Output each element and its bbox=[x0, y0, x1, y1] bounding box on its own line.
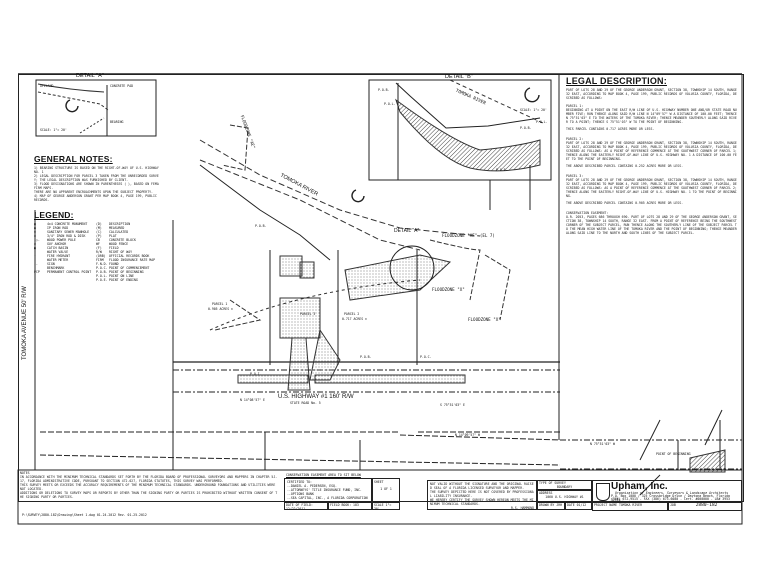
general-notes-title: GENERAL NOTES: bbox=[34, 154, 113, 164]
address-cell: ADDRESS 1060 U.S. HIGHWAY #1 bbox=[537, 490, 592, 502]
notes-line: IN ACCORDANCE WITH THE MINIMUM TECHNICAL… bbox=[20, 475, 278, 483]
parcel-label: PARCEL 1 bbox=[212, 302, 227, 306]
project-name-label: PROJECT NAME bbox=[594, 503, 617, 507]
signer-name: R.S. HAMMOND bbox=[430, 506, 534, 510]
general-note: 1) BEARING STRUCTURE IS BASED ON THE RIG… bbox=[34, 166, 159, 174]
sheet-cell: SHEET 1 OF 1 bbox=[372, 478, 400, 502]
signature-note: THE SURVEY DEPICTED HERE IS NOT COVERED … bbox=[430, 490, 534, 498]
legend-row: PCPPERMANENT CONTROL POINT bbox=[34, 270, 96, 274]
project-name-cell: PROJECT NAME TOMOKA RIVER bbox=[592, 502, 668, 511]
detail-a-label: OPELAND bbox=[40, 84, 53, 88]
poi-label: P.O.B. bbox=[255, 224, 267, 228]
date-value: 01/12 bbox=[577, 503, 587, 507]
survey-notes-block: NOTES IN ACCORDANCE WITH THE MINIMUM TEC… bbox=[18, 470, 280, 510]
legend-right-column: (D)DESCRIPTION(M)MEASURED(C)CALCULATED(P… bbox=[96, 222, 171, 282]
job-number-cell: JOB 2880-182 bbox=[668, 502, 742, 511]
general-note: 3) FLOOD DESIGNATIONS ARE SHOWN IN PAREN… bbox=[34, 182, 159, 190]
notes-line: ADDITIONS OR DELETIONS TO SURVEY MAPS OR… bbox=[20, 491, 278, 499]
floodzone-label: FLOODZONE "X" bbox=[468, 318, 501, 322]
certified-to-block: CERTIFIED TO: --DANIEL A. PEDERSEN, ESQ.… bbox=[284, 478, 372, 502]
highway-sublabel: STATE ROAD No. 5 bbox=[290, 401, 321, 405]
sheet-value: 1 OF 1 bbox=[374, 487, 398, 491]
job-label: JOB bbox=[670, 503, 676, 507]
file-path-footer: P:\SURVEY\2880-182\Drawing\Sheet 1.dwg 0… bbox=[22, 513, 147, 517]
legal-intro: PART OF LOTS 28 AND 29 OF THE GEORGE AND… bbox=[566, 88, 738, 100]
date-cell: DATE 01/12 bbox=[565, 502, 592, 510]
detail-a-callout: DETAIL "A" bbox=[394, 228, 419, 234]
signature-note: NOT VALID WITHOUT THE SIGNATURE AND THE … bbox=[430, 482, 534, 490]
detail-a-label: CONCRETE PAD bbox=[110, 84, 133, 88]
parcel-label: PARCEL 3 bbox=[300, 312, 315, 316]
poi-label: P.O.I. bbox=[250, 372, 262, 376]
general-notes-list: 1) BEARING STRUCTURE IS BASED ON THE RIG… bbox=[34, 166, 159, 202]
survey-type-cell: TYPE OF SURVEY BOUNDARY bbox=[537, 480, 592, 490]
firm-block: Upham, Inc. Organization of Engineers, S… bbox=[592, 480, 742, 502]
poi-label: POINT OF BEGINNING bbox=[656, 452, 691, 456]
parcel-label: PARCEL 2 bbox=[344, 312, 359, 316]
certified-party: --SEA CAPITAL, INC., A FLORIDA CORPORATI… bbox=[287, 496, 369, 500]
highway-label: U.S. HIGHWAY #1 160' R/W bbox=[278, 394, 354, 400]
general-note: 2) LEGAL DESCRIPTION FOR PARCEL 3 TAKEN … bbox=[34, 174, 159, 182]
legend-left-column: ▣4x4 CONCRETE MONUMENT●IP IRON ROD⊕SANIT… bbox=[34, 222, 96, 274]
bearing-label: N 75°51'03" W bbox=[590, 442, 615, 446]
bearing-label: N 14°09'57" W bbox=[455, 433, 480, 437]
notes-line: THIS SURVEY MEETS OR EXCEEDS THE ACCURAC… bbox=[20, 483, 278, 491]
floodzone-label: FLOODZONE "X" bbox=[432, 288, 465, 292]
scale-cell: SCALE 1"= 30' bbox=[372, 502, 400, 510]
signature-block: NOT VALID WITHOUT THE SIGNATURE AND THE … bbox=[427, 480, 537, 510]
legal-description-body: PART OF LOTS 28 AND 29 OF THE GEORGE AND… bbox=[566, 88, 738, 235]
detail-a-label: BEARING bbox=[110, 120, 123, 124]
drawn-by-label: DRAWN BY bbox=[539, 503, 554, 507]
parcel-text: O.R. 2053, PAGES 686 THROUGH 690. PART O… bbox=[566, 215, 738, 235]
address-value: 1060 U.S. HIGHWAY #1 bbox=[539, 495, 590, 499]
bearing-label: S 75°51'03" E bbox=[440, 403, 465, 407]
legend-row: P.O.E.POINT OF ENDING bbox=[96, 278, 171, 282]
legend-text: POINT OF ENDING bbox=[109, 278, 138, 282]
poi-label: P.O.C. bbox=[420, 355, 432, 359]
legend-symbol-icon: PCP bbox=[34, 270, 44, 274]
job-number: 2880-182 bbox=[696, 503, 718, 508]
detail-a-title: DETAIL "A" bbox=[76, 73, 104, 79]
detail-a-scale: SCALE: 1"= 20' bbox=[40, 128, 67, 132]
sheet-label: SHEET bbox=[374, 480, 398, 484]
parcel-area: 0.905 ACRES ± bbox=[208, 307, 233, 311]
drawn-by-value: JRH bbox=[556, 503, 562, 507]
field-book-cell: FIELD BOOK: 183 bbox=[328, 502, 372, 510]
parcel-area: 0.717 ACRES ± bbox=[342, 317, 367, 321]
field-book: FIELD BOOK: 183 bbox=[330, 503, 359, 507]
legend-text: PERMANENT CONTROL POINT bbox=[47, 270, 91, 274]
detail-b-title: DETAIL "B" bbox=[445, 74, 473, 80]
parcel-text: PART OF LOTS 28 AND 29 OF THE GEORGE AND… bbox=[566, 178, 738, 198]
detail-b-label: P.O.E. bbox=[496, 168, 508, 172]
tomoka-avenue-label: TOMOKA AVENUE 50' R/W bbox=[22, 286, 28, 360]
detail-b-label: P.O.B. bbox=[378, 88, 390, 92]
legal-description-title: LEGAL DESCRIPTION: bbox=[566, 76, 667, 86]
field-date: DATE OF FIELD: 12/22/2011 bbox=[286, 503, 313, 510]
conservation-easement-note: CONSERVATION EASEMENT AREA TO SIT BELOW bbox=[286, 473, 361, 477]
legend-title: LEGEND: bbox=[34, 210, 74, 220]
legend-symbol-icon: P.O.E. bbox=[96, 278, 106, 282]
drawn-by-cell: DRAWN BY JRH bbox=[537, 502, 565, 510]
parcel-text: PART OF LOTS 28 AND 29 OF THE GEORGE AND… bbox=[566, 141, 738, 161]
detail-b-label: P.O.L. bbox=[384, 102, 396, 106]
general-note: 4) MAP OF GEORGE ANDERSON GRANT PER MAP … bbox=[34, 194, 159, 202]
floodzone-label: FLOODZONE "AE" (EL 7) bbox=[442, 234, 495, 238]
signature-note: WE HEREBY CERTIFY THE SURVEY SHOWN HEREO… bbox=[430, 498, 534, 506]
parcel-text: BEGINNING AT A POINT ON THE EAST R/W LIN… bbox=[566, 108, 738, 124]
bearing-label: N 14°08'57" E bbox=[240, 398, 265, 402]
survey-type-value: BOUNDARY bbox=[539, 485, 590, 489]
date-label: DATE bbox=[567, 503, 575, 507]
poi-label: P.O.B. bbox=[360, 355, 372, 359]
detail-b-label: P.O.L. bbox=[536, 120, 548, 124]
upham-logo-icon bbox=[596, 483, 610, 501]
detail-b-scale: SCALE: 1"= 20' bbox=[520, 108, 547, 112]
detail-b-label: P.O.B. bbox=[520, 126, 532, 130]
field-date-cell: DATE OF FIELD: 12/22/2011 bbox=[284, 502, 328, 510]
project-name-value: TOMOKA RIVER bbox=[619, 503, 642, 507]
